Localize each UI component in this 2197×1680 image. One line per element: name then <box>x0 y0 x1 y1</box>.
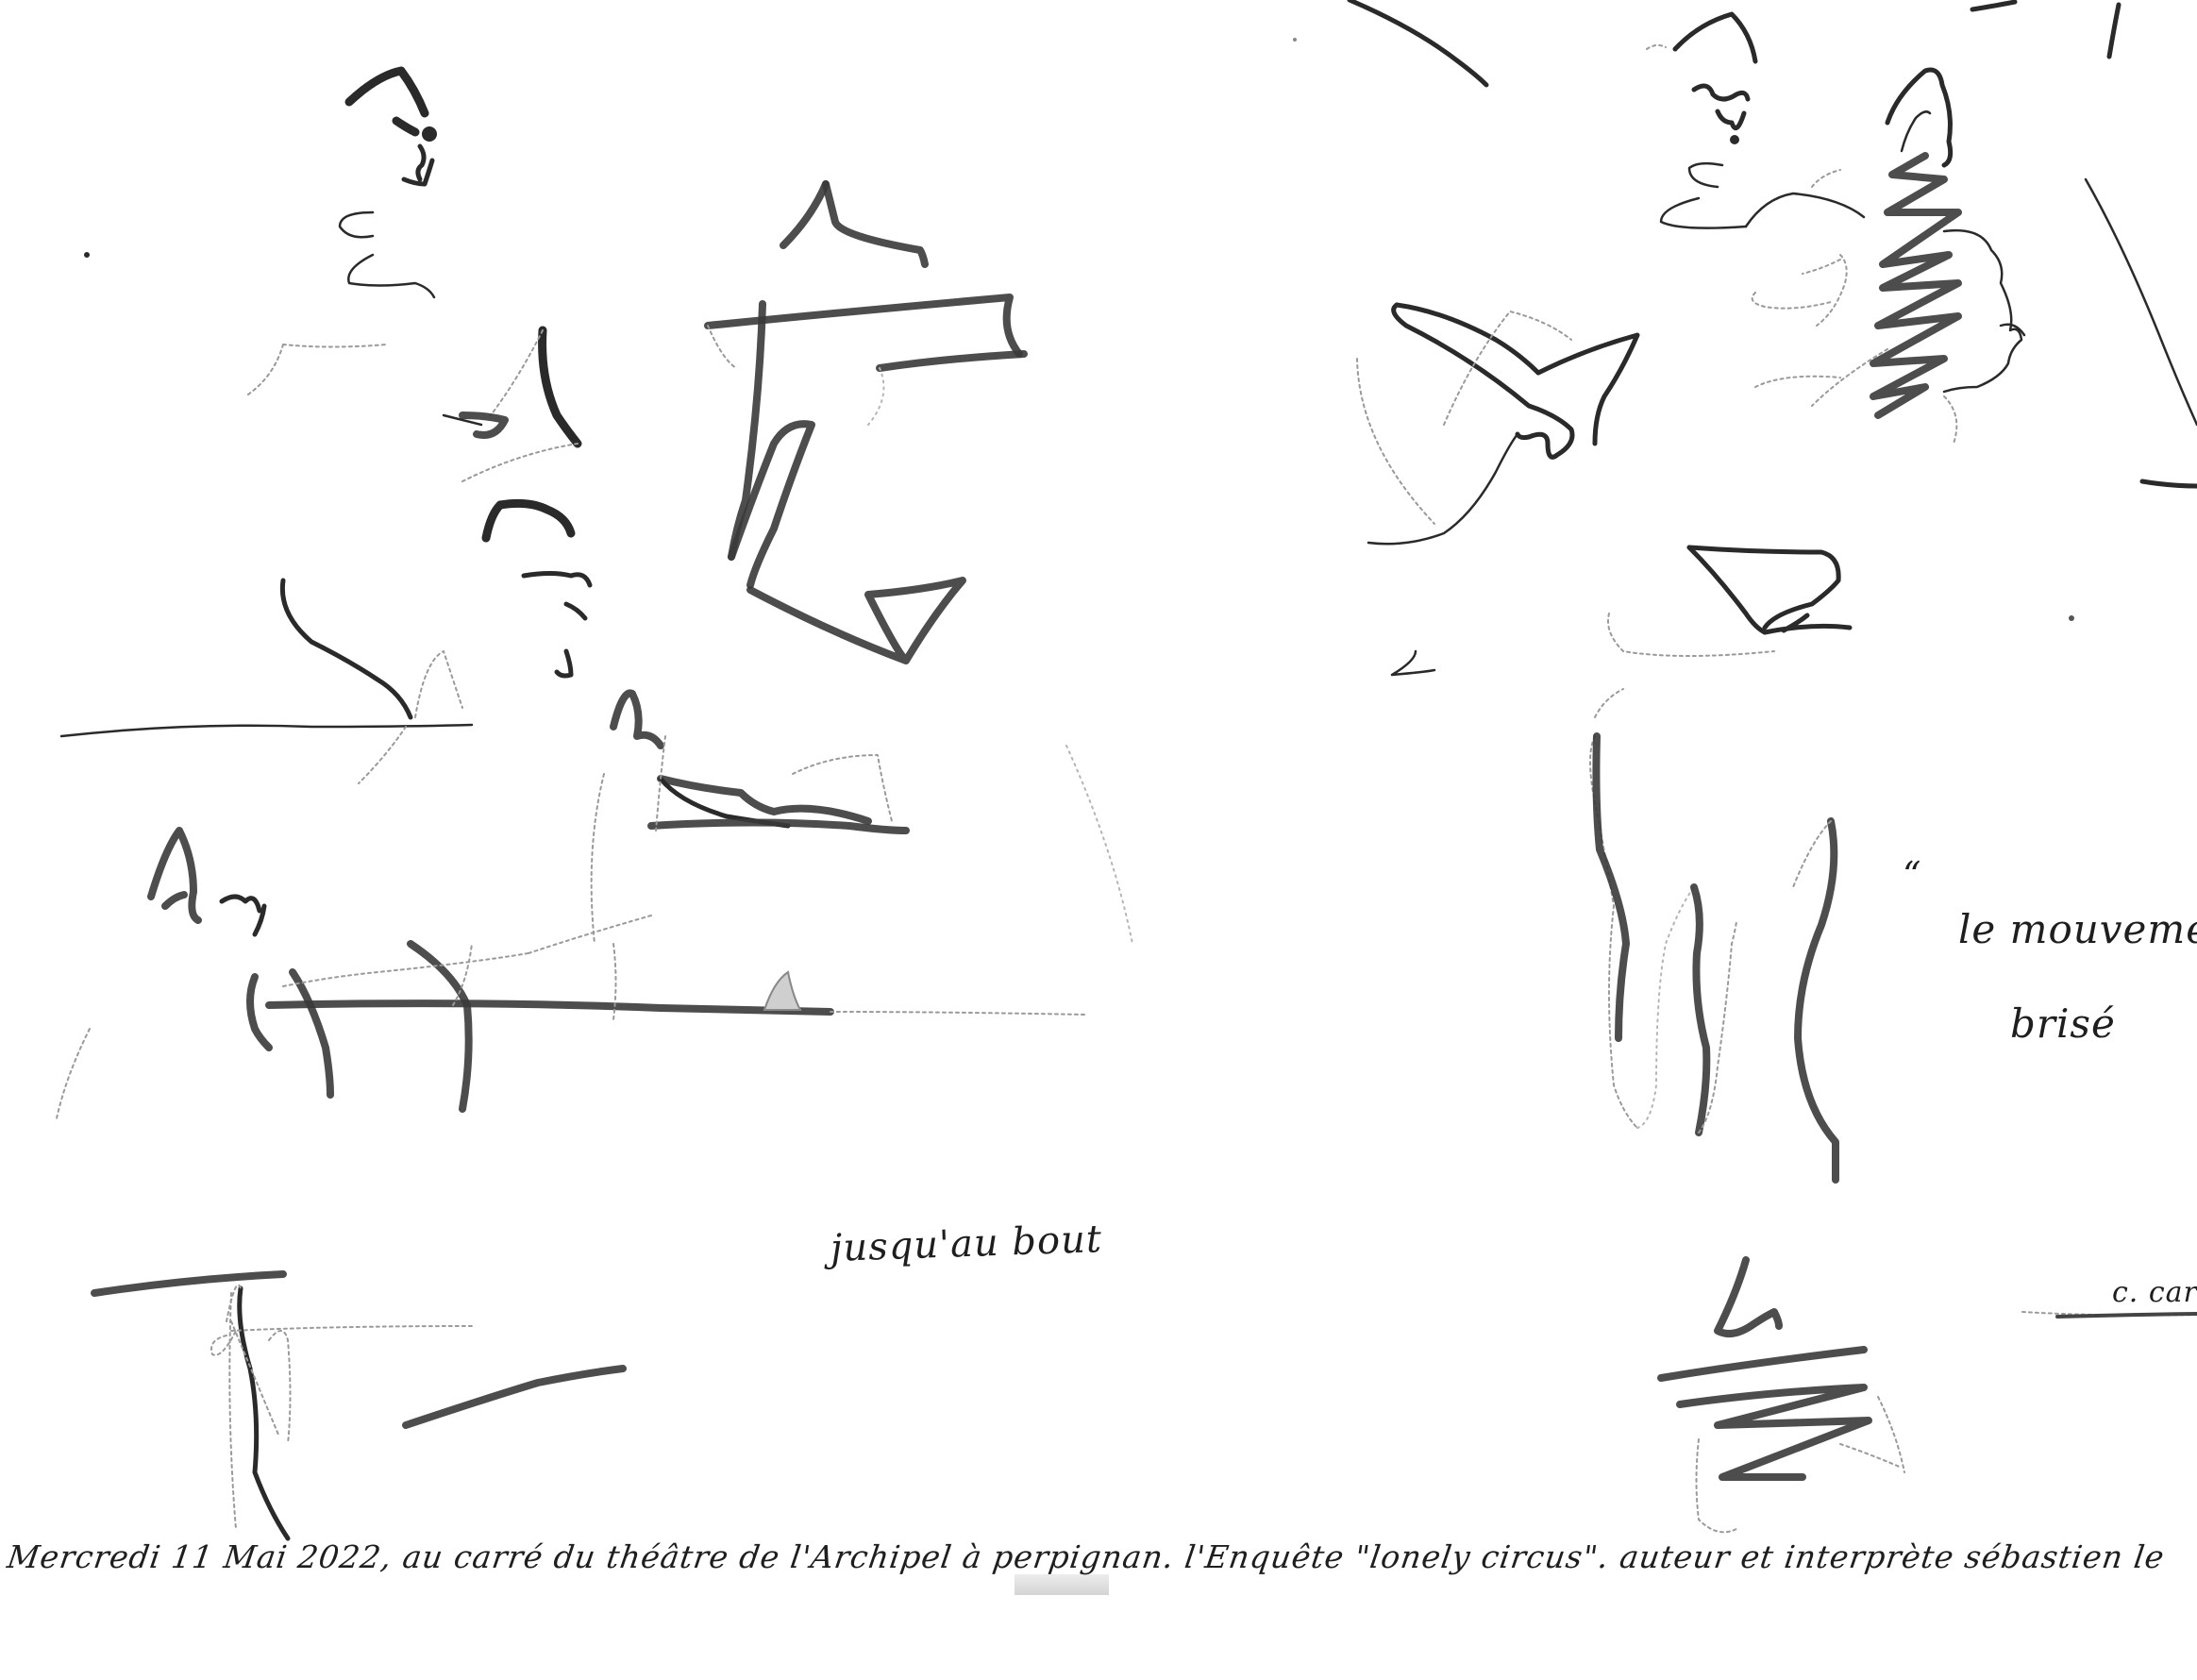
scan-smudge <box>1015 1574 1109 1595</box>
caption-text: Mercredi 11 Mai 2022, au carré du théâtr… <box>5 1538 2167 1575</box>
far-right-strokes <box>1972 2 2197 621</box>
bottom-left-legs <box>94 1274 623 1538</box>
quote-mark: “ <box>1903 854 1921 896</box>
figure-right-legs <box>1590 689 1836 1180</box>
right-note-line-2: brisé <box>2010 1000 2116 1047</box>
central-abstract-figure <box>708 184 1024 661</box>
accordion-zigzag <box>1803 70 2024 444</box>
figure-right-arms <box>1357 293 1850 675</box>
right-note-line-1: le mouvement <box>1958 906 2197 952</box>
sketch-sheet: “ le mouvement brisé c. carl jusqu'au bo… <box>0 0 2197 1680</box>
figure-left-head <box>84 71 437 396</box>
figure-right-head <box>1647 14 1864 228</box>
top-center-strokes <box>1293 0 1486 85</box>
sketch-drawing <box>0 0 2197 1680</box>
lower-left-table-scene <box>57 736 1132 1118</box>
figure-left-second <box>61 330 661 783</box>
right-note-line-3: c. carl <box>2112 1276 2197 1309</box>
